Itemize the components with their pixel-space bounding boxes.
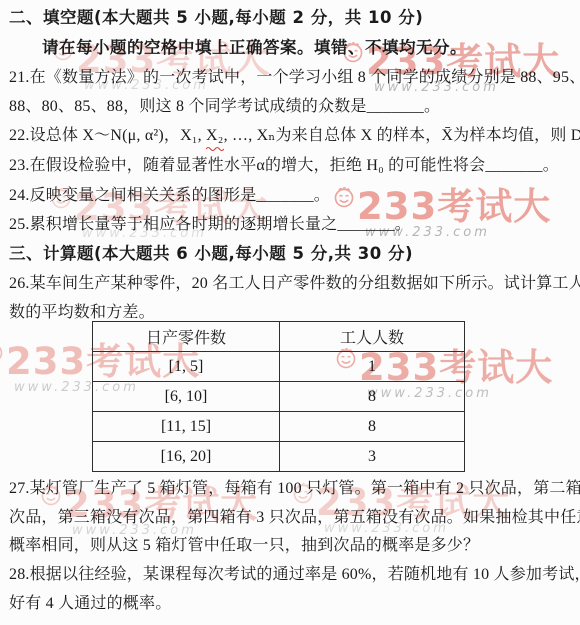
spellcheck-squiggle xyxy=(206,146,224,151)
table-header-row: 日产零件数 工人人数 xyxy=(93,322,465,352)
table-cell-interval: [6, 10] xyxy=(93,382,280,412)
question-25: 25.累积增长量等于相应各时期的逐期增长量之_______。 xyxy=(9,215,411,235)
section2-instruction: 请在每小题的空格中填上正确答案。填错、不填均无分。 xyxy=(42,38,467,58)
question-21-line2: 88、80、85、88，则这 8 个同学考试成绩的众数是_______。 xyxy=(9,97,440,117)
section2-heading: 二、填空题(本大题共 5 小题,每小题 2 分，共 10 分) xyxy=(9,8,423,28)
table-cell-interval: [1, 5] xyxy=(93,352,280,382)
question-27-line2: 次品，第三箱没有次品，第四箱有 3 只次品，第五箱没有次品。如果抽检其中任意一箱… xyxy=(9,508,580,528)
question-26-line1: 26.某车间生产某种零件，20 名工人日产零件数的分组数据如下所示。试计算工人日… xyxy=(9,274,580,294)
smiley-icon xyxy=(0,341,4,363)
question-27-line3: 概率相同，则从这 5 箱灯管中任取一只，抽到次品的概率是多少？ xyxy=(9,536,479,556)
table-row: [16, 20] 3 xyxy=(93,442,465,472)
question-21-line1: 21.在《数量方法》的一次考试中，一个学习小组 8 个同学的成绩分别是 88、9… xyxy=(9,68,580,88)
question-28-line1: 28.根据以往经验，某课程每次考试的通过率是 60%，若随机地有 10 人参加考… xyxy=(9,565,580,585)
question-28-line2: 好有 4 人通过的概率。 xyxy=(9,594,171,614)
question-27-line1: 27.某灯管厂生产了 5 箱灯管，每箱有 100 只灯管。第一箱中有 2 只次品… xyxy=(9,479,580,499)
table-cell-count: 8 xyxy=(280,382,465,412)
question-22: 22.设总体 X～N(μ, α²)，X₁, X₂, …, Xₙ为来自总体 X 的… xyxy=(9,126,580,146)
section3-heading: 三、计算题(本大题共 6 小题,每小题 5 分,共 30 分) xyxy=(9,244,413,264)
table-cell-interval: [11, 15] xyxy=(93,412,280,442)
smiley-icon xyxy=(333,186,355,208)
table-cell-count: 8 xyxy=(280,412,465,442)
table-row: [1, 5] 1 xyxy=(93,352,465,382)
exam-page: 233考试大 www.233.com 233考试大 www.233.com 23… xyxy=(0,0,580,625)
table-row: [11, 15] 8 xyxy=(93,412,465,442)
q26-table: 日产零件数 工人人数 [1, 5] 1 [6, 10] 8 [11, 15] 8… xyxy=(92,321,465,472)
question-23: 23.在假设检验中，随着显著性水平α的增大，拒绝 H₀ 的可能性将会______… xyxy=(9,156,559,176)
table-header-workers: 工人人数 xyxy=(280,322,465,352)
question-24: 24.反映变量之间相关关系的图形是_______。 xyxy=(9,186,330,206)
table-cell-count: 1 xyxy=(280,352,465,382)
table-cell-count: 3 xyxy=(280,442,465,472)
table-header-output: 日产零件数 xyxy=(93,322,280,352)
question-26-line2: 数的平均数和方差。 xyxy=(9,303,155,323)
table-row: [6, 10] 8 xyxy=(93,382,465,412)
table-cell-interval: [16, 20] xyxy=(93,442,280,472)
